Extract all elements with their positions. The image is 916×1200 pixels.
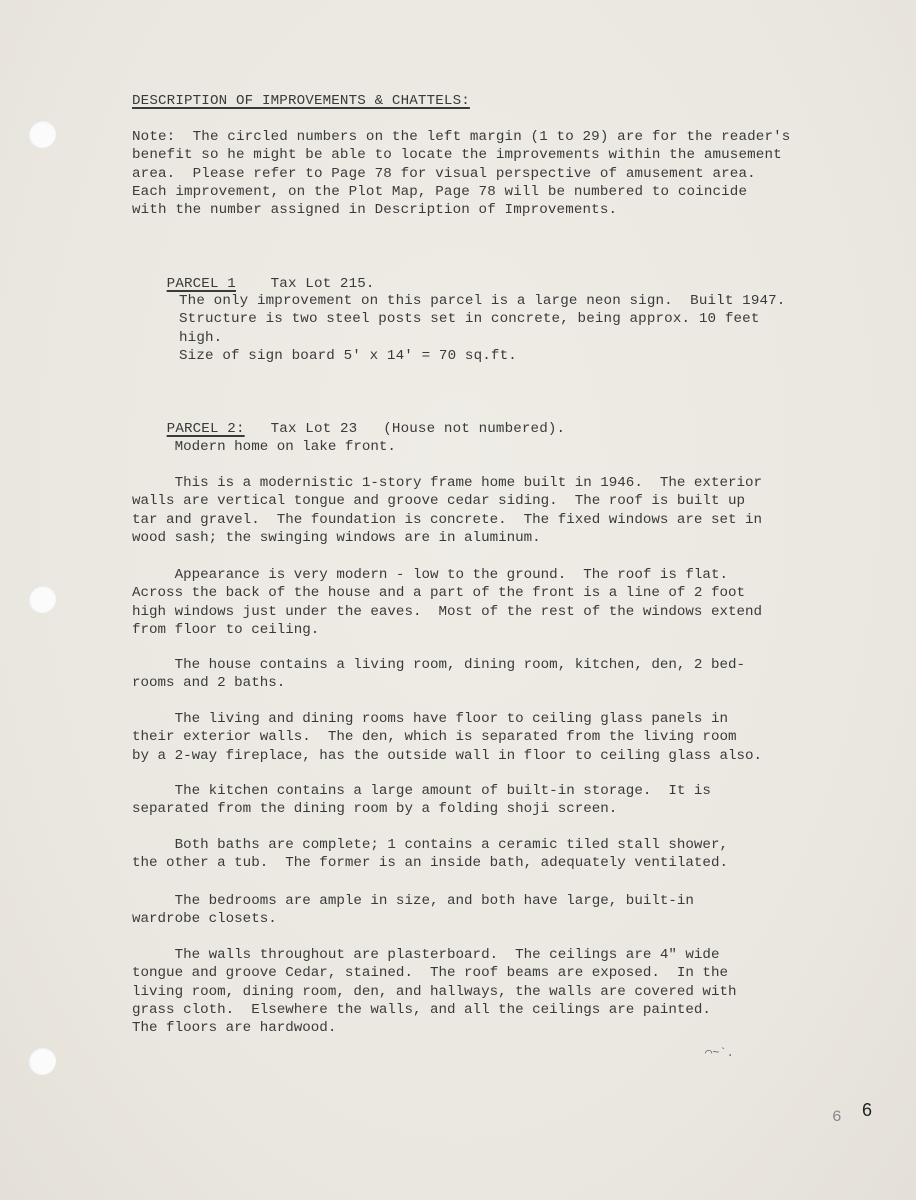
document-page: DESCRIPTION OF IMPROVEMENTS & CHATTELS: …	[0, 0, 916, 1200]
punch-hole-top	[28, 120, 56, 148]
parcel-2-paragraph: The house contains a living room, dining…	[132, 656, 832, 693]
note-paragraph: Note: The circled numbers on the left ma…	[132, 128, 832, 219]
parcel-2-tax-lot: Tax Lot 23 (House not numbered).	[271, 421, 566, 437]
parcel-1-tax-lot: Tax Lot 215.	[271, 276, 375, 292]
parcel-2-paragraph: The kitchen contains a large amount of b…	[132, 782, 832, 819]
parcel-1-label: PARCEL 1	[167, 276, 236, 292]
punch-hole-bottom	[28, 1047, 56, 1075]
punch-hole-middle	[28, 585, 56, 613]
parcel-2-paragraph: The living and dining rooms have floor t…	[132, 710, 832, 765]
parcel-1-description: The only improvement on this parcel is a…	[179, 292, 879, 365]
page-number: 6	[862, 1100, 872, 1121]
parcel-2-paragraph: This is a modernistic 1-story frame home…	[132, 474, 832, 547]
page-number-faint: 6	[832, 1108, 842, 1126]
parcel-2-paragraph: Appearance is very modern - low to the g…	[132, 566, 832, 639]
parcel-2-paragraph: The bedrooms are ample in size, and both…	[132, 892, 832, 929]
document-title: DESCRIPTION OF IMPROVEMENTS & CHATTELS:	[132, 92, 832, 110]
ink-smudge: ⌒~`.	[705, 1045, 734, 1060]
parcel-2-label: PARCEL 2:	[167, 421, 245, 437]
parcel-2-paragraph: The walls throughout are plasterboard. T…	[132, 946, 832, 1037]
parcel-2-paragraph: Both baths are complete; 1 contains a ce…	[132, 836, 832, 873]
parcel-2-paragraph: Modern home on lake front.	[132, 438, 832, 456]
